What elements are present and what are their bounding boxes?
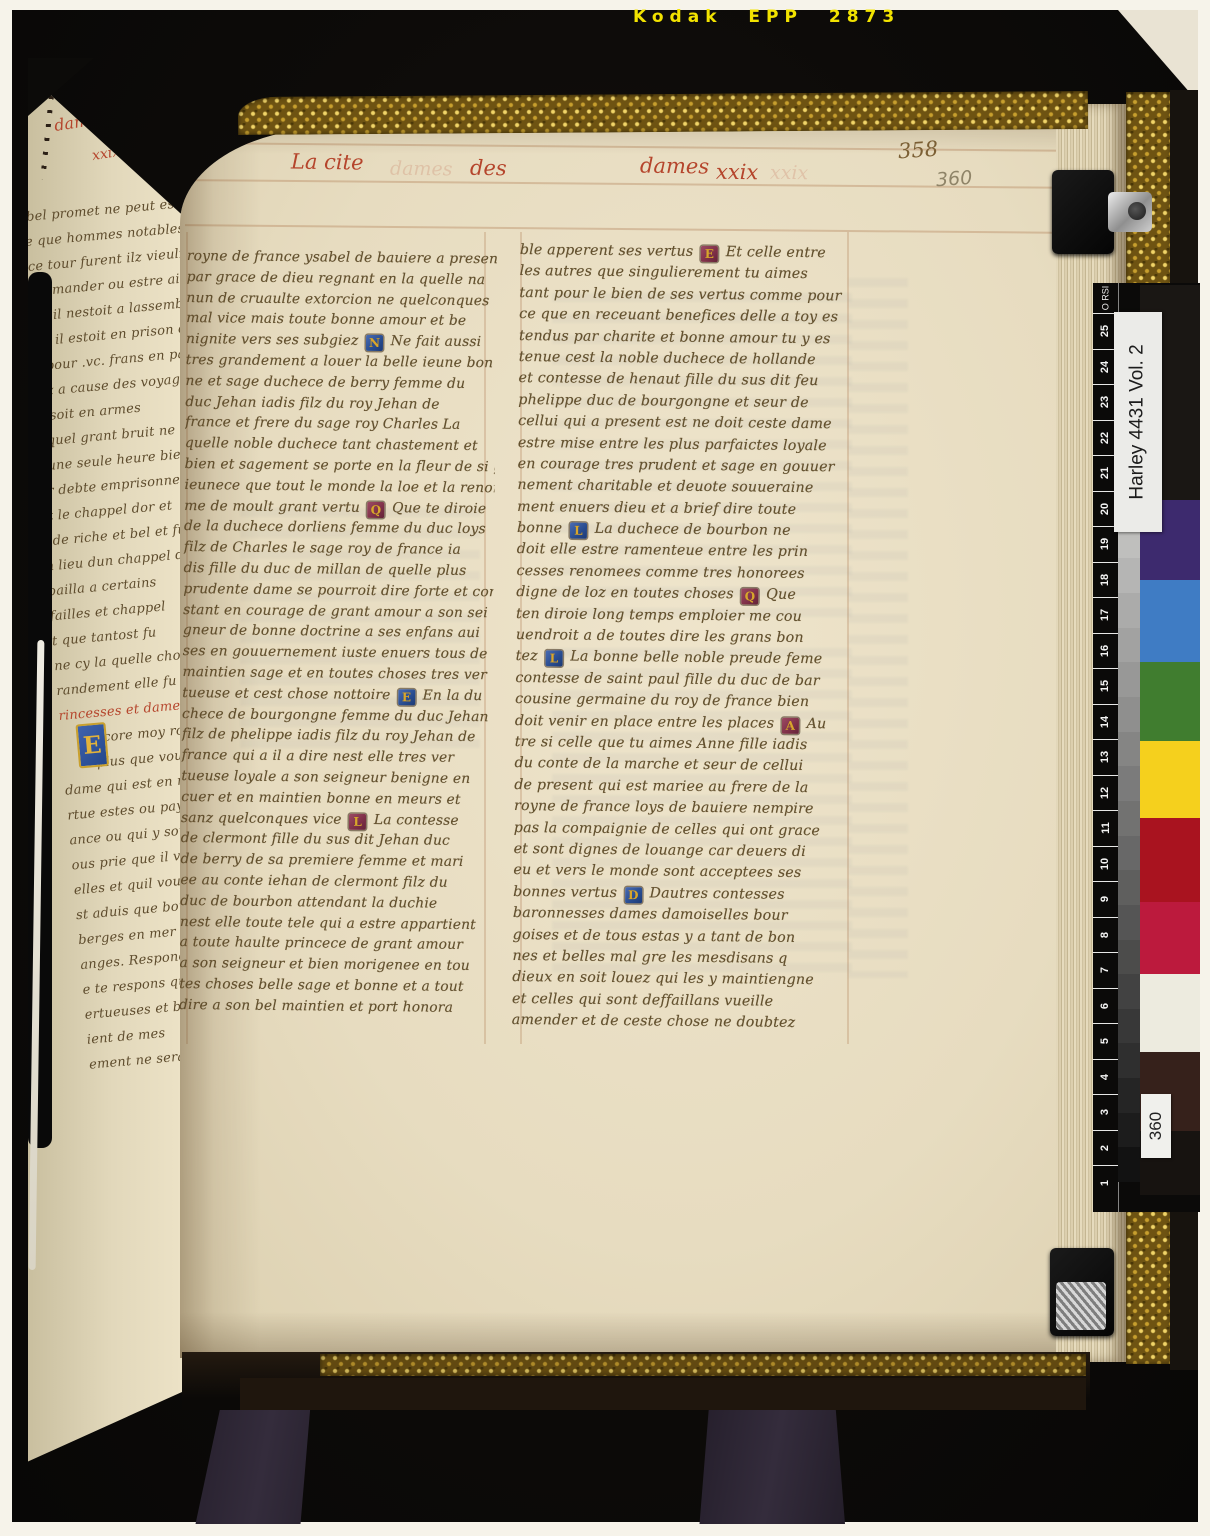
folio-number-ink: 358: [897, 137, 939, 164]
grayscale-step: [1118, 628, 1140, 663]
grayscale-step: [1118, 974, 1140, 1009]
binder-clip-hole: [1128, 202, 1146, 220]
manuscript-line: maintien sage et en toutes choses tres v…: [182, 662, 492, 686]
decorated-initial: A: [782, 717, 799, 733]
ruler-mark: 1: [1093, 1165, 1118, 1201]
ruler-top-text: O RSI: [1093, 283, 1118, 313]
grayscale-step: [1118, 662, 1140, 697]
grayscale-step: [1118, 1078, 1140, 1113]
manuscript-line: tes choses belle sage et bonne et a tout: [180, 974, 489, 998]
manuscript-line: royne de france loys de bauiere nempire: [514, 796, 841, 821]
color-patch-yellow: [1140, 741, 1200, 818]
ruler-mark: 3: [1093, 1094, 1118, 1130]
manuscript-line: eu et vers le monde sont acceptees ses: [513, 860, 840, 885]
manuscript-line: par grace de dieu regnant en la quelle n…: [187, 267, 497, 291]
ruler-number: 3: [1100, 1109, 1112, 1115]
ruler-mark: 7: [1093, 952, 1118, 988]
manuscript-line: nement charitable et deuote souueraine: [517, 475, 844, 500]
binder-clip-top: [1052, 170, 1114, 254]
cover-bottom-edge: [240, 1378, 1086, 1410]
grayscale-step: [1118, 593, 1140, 628]
manuscript-line: amender et de ceste chose ne doubtez: [512, 1010, 839, 1035]
manuscript-line: ce que en receuant benefices delle a toy…: [519, 304, 846, 329]
manuscript-line: cousine germaine du roy de france bien: [515, 689, 842, 714]
folio-label-text: 360: [1146, 1112, 1166, 1140]
ruler-number: 14: [1100, 716, 1112, 728]
ruler-number: 13: [1100, 751, 1112, 763]
show-through: [848, 278, 908, 978]
color-patch-crimson: [1140, 902, 1200, 974]
ruler-number: 17: [1100, 609, 1112, 621]
ruler-mark: 11: [1093, 810, 1118, 846]
ruler-number: 15: [1100, 680, 1112, 692]
ruler-number: 18: [1100, 574, 1112, 586]
manuscript-line: royne de france ysabel de bauiere a pres…: [187, 246, 497, 270]
grayscale-step: [1118, 870, 1140, 905]
ruler-number: 21: [1100, 467, 1112, 479]
grayscale-step: [1118, 766, 1140, 801]
decorated-initial: D: [625, 887, 642, 903]
ruler-mark: 5: [1093, 1023, 1118, 1059]
decorated-initial: L: [545, 651, 562, 667]
manuscript-line: ne et sage duchece de berry femme du: [185, 371, 495, 395]
grayscale-step: [1118, 1043, 1140, 1078]
manuscript-line: tueuse loyale a son seigneur benigne en: [181, 766, 491, 790]
ruler-number: 9: [1100, 896, 1112, 902]
color-patch-white: [1140, 974, 1200, 1052]
ruler-brand-text: O RSI: [1100, 286, 1110, 311]
manuscript-line: tueuse et cest chose nottoire E En la du: [182, 683, 492, 707]
ruler-number: 19: [1100, 538, 1112, 550]
manuscript-line: baronnesses dames damoiselles bour: [513, 903, 840, 928]
manuscript-line: dis fille du duc de millan de quelle plu…: [184, 558, 494, 582]
manuscript-line: dieux en soit louez qui les y maintiengn…: [512, 967, 839, 992]
grayscale-step: [1118, 801, 1140, 836]
ruling-line: [185, 224, 1065, 233]
ruler-number: 1: [1100, 1180, 1112, 1186]
manuscript-line: cellui qui a present est ne doit ceste d…: [518, 411, 845, 436]
decorated-initial: N: [366, 335, 383, 351]
manuscript-line: ieunece que tout le monde la loe et la r…: [184, 475, 494, 499]
ruler-mark: 15: [1093, 668, 1118, 704]
volume-label-text: Harley 4431 Vol. 2: [1127, 344, 1149, 499]
ruler-mark: 6: [1093, 988, 1118, 1024]
ruler-number: 5: [1100, 1038, 1112, 1044]
ruler-mark: 13: [1093, 739, 1118, 775]
manuscript-line: dire a son bel maintien et port honora: [180, 995, 489, 1019]
grayscale-step: [1118, 1147, 1140, 1182]
manuscript-line: du conte de la marche et seur de cellui: [514, 753, 841, 778]
offset-ghost-word: dames: [390, 158, 453, 181]
ruler-number: 8: [1100, 932, 1112, 938]
ruler-mark: 8: [1093, 917, 1118, 953]
manuscript-line: bien et sagement se porte en la fleur de…: [185, 454, 495, 478]
manuscript-line: et contesse de henaut fille du sus dit f…: [518, 368, 845, 393]
ruler-mark: 4: [1093, 1059, 1118, 1095]
grayscale-step: [1118, 1009, 1140, 1044]
grayscale-step: [1118, 697, 1140, 732]
manuscript-line: les autres que singulierement tu aimes: [520, 261, 847, 286]
ruler-number: 25: [1100, 325, 1112, 337]
ruler-mark: 18: [1093, 562, 1118, 598]
grayscale-step: [1118, 940, 1140, 975]
running-title-word: des: [470, 156, 507, 181]
ruler-mark: 2: [1093, 1130, 1118, 1166]
ruler-mark: 17: [1093, 597, 1118, 633]
ruler-mark: 16: [1093, 633, 1118, 669]
manuscript-photograph: Kodak EPP 2873 dames xxix E s bel promet…: [0, 0, 1210, 1536]
folio-label: 360: [1141, 1094, 1171, 1158]
decorated-initial: L: [570, 523, 587, 539]
ruler-number: 6: [1100, 1003, 1112, 1009]
folio-number-pencil: 360: [935, 167, 973, 191]
ruler-number: 22: [1100, 432, 1112, 444]
ruler-number: 23: [1100, 396, 1112, 408]
ruler-number: 12: [1100, 787, 1112, 799]
ruler-number: 24: [1100, 361, 1112, 373]
decorated-initial: L: [349, 813, 366, 829]
illuminated-initial: E: [75, 722, 109, 768]
ruler-mark: 12: [1093, 775, 1118, 811]
right-page: La cite des dames xxix dames xxix 358 36…: [180, 128, 1088, 1358]
decorated-initial: Q: [741, 589, 758, 605]
ruler-number: 7: [1100, 967, 1112, 973]
decorated-initial: Q: [367, 501, 384, 517]
grayscale-step: [1118, 732, 1140, 767]
color-patch-dark-red: [1140, 818, 1200, 902]
text-column-b: ble apperent ses vertus E Et celle entre…: [512, 240, 847, 1043]
grayscale-step: [1118, 558, 1140, 593]
ruler-number: 20: [1100, 503, 1112, 515]
volume-label: Harley 4431 Vol. 2: [1114, 312, 1162, 532]
film-stock-label: Kodak EPP 2873: [633, 7, 900, 27]
ruler-number: 2: [1100, 1145, 1112, 1151]
running-title-word: La cite: [291, 149, 364, 174]
ruler-mark: 10: [1093, 846, 1118, 882]
decorated-initial: E: [701, 246, 718, 262]
manuscript-line: digne de loz en toutes choses Q Que: [516, 582, 843, 607]
gilt-bottom-edge: [320, 1354, 1086, 1376]
manuscript-line: duc de bourbon attendant la duchie: [180, 891, 490, 915]
manuscript-line: cuer et en maintien bonne en meurs et: [181, 787, 491, 811]
ruler-mark: 14: [1093, 704, 1118, 740]
color-patch-blue: [1140, 580, 1200, 662]
grayscale-step: [1118, 905, 1140, 940]
color-patch-green: [1140, 662, 1200, 741]
ruling-line: [847, 232, 849, 1044]
ruler-number: 11: [1099, 822, 1111, 834]
grayscale-step: [1118, 1113, 1140, 1148]
gilt-top-edge: [238, 91, 1088, 135]
decorated-initial: E: [398, 689, 415, 705]
text-column-a: royne de france ysabel de bauiere a pres…: [180, 246, 497, 1027]
offset-ghost-word: xxix: [770, 162, 809, 185]
ruler-mark: 9: [1093, 881, 1118, 917]
binder-clip-hatch: [1056, 1282, 1106, 1330]
grayscale-step: [1118, 836, 1140, 871]
ruler-number: 4: [1100, 1074, 1112, 1080]
manuscript-line: ee au conte iehan de clermont filz du: [180, 870, 490, 894]
manuscript-line: prudente dame se pourroit dire forte et …: [183, 579, 493, 603]
running-title-word: dames: [640, 154, 709, 179]
ruler-number: 16: [1100, 645, 1112, 657]
ruler-number: 10: [1100, 858, 1112, 870]
manuscript-line: tres grandement a louer la belle ieune b…: [186, 350, 496, 374]
running-title-word: xxix: [716, 160, 759, 185]
